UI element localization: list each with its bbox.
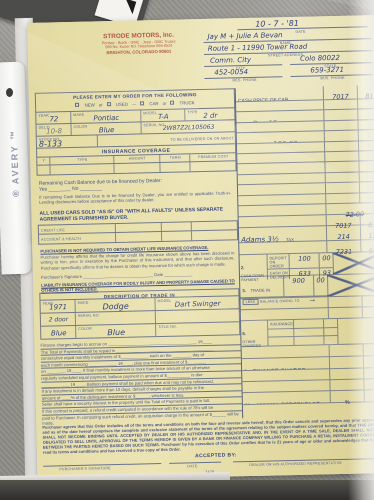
date-label: DATE [295, 30, 305, 34]
blank [323, 319, 337, 327]
trade-make-cell: MAKE Dodge [74, 298, 154, 312]
trade-in-row: 3. TRADE IN 900 00 LESS BALANCE OWING TO… [240, 274, 374, 299]
cash-price-of-car-label-cell: CASH PRICE OF CAR [236, 86, 323, 101]
cl-blank-2 [161, 222, 191, 231]
other-charges-row: 6. OTHER CHARGES INSURANCE [241, 318, 374, 347]
r5-cents [362, 307, 374, 318]
ins-blank-4 [159, 162, 189, 172]
truck-checkbox [170, 100, 174, 104]
blank [358, 151, 374, 161]
blank [237, 142, 324, 153]
ins-blank-5 [189, 161, 235, 171]
bus-phone-label: BUS. PHONE [320, 76, 344, 81]
cash-price-of-car-dollars: 7017 [323, 86, 357, 100]
dark-background-strip [0, 480, 374, 500]
purchase-order-form: STRODE MOTORS, Inc. Pontiac - Buick - GM… [27, 15, 374, 481]
res-phone-label: RES. PHONE [232, 78, 256, 83]
blank [357, 120, 374, 130]
trade-serial-cell: SERIAL NO. [75, 311, 155, 325]
footer-paragraph: Purchaser agrees that this Order include… [42, 417, 374, 455]
stock-value: 8-133 [39, 138, 96, 147]
used-checkbox [107, 102, 111, 106]
blank [359, 192, 374, 202]
blank [358, 130, 374, 140]
photo-of-document: ® AVERY ™ STRODE MOTORS, Inc. Pontiac - … [0, 0, 374, 500]
r1-label-cell: 1. TOTAL CASH PRICE DELIVERED [239, 241, 326, 254]
cash-price-dollars: 7017 [326, 214, 360, 225]
ins-blank-3 [113, 163, 159, 173]
street-label: STREET ADDRESS [268, 53, 303, 58]
cash-price-cents: 81 [360, 214, 374, 225]
dealer-header: STRODE MOTORS, Inc. Pontiac - Buick - GM… [73, 31, 203, 56]
blank [323, 100, 357, 110]
trade-in-value-row: 3. TRADE IN 900 00 [240, 275, 327, 298]
r10-dollars [329, 379, 363, 390]
blank: Dec 15 [236, 111, 323, 122]
blank [324, 151, 358, 161]
trade-row2-blank [155, 309, 239, 323]
r8-label-cell: 8. FINANCE CHARGE [242, 357, 329, 370]
blank [325, 183, 359, 193]
blank [358, 161, 374, 171]
vehicle-year-cell: YEAR 72 [36, 112, 70, 124]
or-label-1: or [99, 102, 103, 107]
deposit-on-order-row: DEPOSIT ON ORDER 100 00 [266, 253, 333, 270]
trade-color-cell: COLOR Blue [75, 324, 155, 338]
bus-phone: 659-3271 [310, 66, 344, 75]
truck-label: TRUCK [179, 100, 194, 105]
blank [323, 110, 357, 120]
ins-blank-2 [49, 164, 113, 174]
truth-in-lending-text: If remaining Cash Balance Due is to be f… [39, 190, 231, 205]
insurance-heading: INSURANCE COVERAGE [102, 147, 171, 155]
customer-state: Colo 80022 [300, 54, 340, 63]
blank [358, 141, 374, 151]
r3-left: 3. TRADE IN 900 00 LESS BALANCE OWING TO… [240, 275, 327, 298]
vehicle-color-cell: COLOR Blue [70, 122, 140, 135]
deliver-note: TO BE DELIVERED ON OR ABOUT [100, 136, 234, 143]
ins-col-term: TERM [159, 154, 189, 162]
new-checkbox [75, 102, 79, 106]
ins-col-premium: PREMIUM COST [189, 153, 235, 161]
terms-fine-print: Finance charges begin to accrue on _____… [40, 338, 242, 425]
ah-blank-1 [115, 232, 161, 242]
cash-price-label-cell: CASH PRICE [239, 215, 326, 227]
dealer-rep-label: DEALER OR HIS AUTHORIZED REPRESENTATIVE [249, 461, 342, 467]
blank [237, 163, 324, 174]
cash-price-of-car-cents: 81 [357, 85, 374, 99]
car-checkbox [140, 101, 144, 105]
blank [357, 109, 374, 119]
new-label: NEW [84, 102, 94, 107]
purchaser-sig-label: PURCHASER'S SIGNATURE [59, 466, 111, 471]
r6-label-cell: 6. OTHER CHARGES [241, 321, 267, 347]
r9-dollars [329, 368, 363, 379]
r8-cents [363, 356, 374, 368]
r7-dollars [329, 344, 363, 356]
yes-no-blanks: Yes ________ No ________ [39, 185, 102, 192]
trade-body-value: 2 door [43, 316, 74, 324]
blank [268, 329, 293, 337]
r10-cents [363, 379, 374, 390]
charges-column: CASH PRICE OF CAR 7017 81 Dec 15 185.60 … [235, 85, 374, 418]
car-label: CAR [149, 101, 158, 106]
blank [359, 182, 374, 192]
r6-right-blank [337, 318, 374, 344]
r9-label-cell: 9. TOTAL OF PAYMENTS (7 + 8) [242, 369, 329, 381]
r2-sub-rows: DEPOSIT ON ORDER 100 00 CASH ON DELIVERY… [266, 253, 333, 276]
r11-label-cell: 11. ANNUAL PERCENTAGE RATE [243, 391, 330, 404]
deld-value: 10-8 [39, 127, 70, 136]
ins-col-y: Y [37, 158, 49, 165]
blank [293, 319, 323, 327]
ah-blank-3 [191, 230, 237, 240]
other-charge-blank-row [267, 336, 337, 345]
ins-col-amount: AMOUNT [113, 155, 159, 163]
vehicle-deld-cell: DEL'D 10-8 [36, 124, 70, 136]
cl-blank-1 [115, 223, 161, 232]
r2-crossed-cell [333, 252, 374, 274]
blank [357, 99, 374, 109]
r5-label-cell: 5. UNPAID BALANCE OF CASH PRICE (1 − 4) [241, 308, 328, 320]
r5-dollars [328, 307, 362, 318]
r4-label-cell: 4. TOTAL DOWN PAYMENT (2 + 3) [240, 297, 327, 309]
blank [324, 131, 358, 141]
r11-blank [364, 390, 374, 402]
customer-city: Comm. City [210, 56, 251, 65]
blank [293, 337, 323, 345]
accepted-by: ACCEPTED BY: [195, 452, 237, 459]
tax-label-cell: Adams 3½ TAX TITLE REGISTRATION [239, 226, 326, 242]
blank [238, 183, 325, 194]
blank [323, 336, 337, 344]
blank [324, 162, 358, 172]
ah-blank-2 [161, 231, 191, 241]
blank [293, 328, 323, 336]
cl-blank-3 [191, 221, 237, 230]
apr-row: 11. ANNUAL PERCENTAGE RATE % [243, 390, 374, 405]
r8-dollars [329, 356, 363, 368]
trade-title-cell: TITLE NO. [155, 322, 239, 336]
blank [237, 152, 324, 163]
vehicle-make-cell: MAKE Pontiac [70, 110, 140, 123]
avery-label: ® AVERY ™ [8, 108, 22, 218]
trade-make-value: Dodge [78, 301, 154, 312]
date-label-footer: DATE [187, 464, 197, 468]
r7-cents [363, 344, 374, 356]
blank [268, 337, 293, 345]
r2-label-cell: 2. CASH DOWN PAYMENT [240, 255, 267, 277]
r4-cents [361, 296, 374, 307]
r6-sub-rows: INSURANCE [267, 319, 338, 346]
res-phone: 452-0054 [214, 68, 248, 77]
tax-dollars: 214 [326, 225, 360, 240]
vehicle-serial-cell: SERIAL NO. 2W87Z2L105063 [140, 120, 234, 133]
blank [237, 121, 324, 132]
r9-cents [363, 368, 374, 379]
vehicle-model-cell: MODEL T-A [140, 109, 184, 121]
r1-dollars: 7231 [326, 240, 360, 252]
trade-model-cell: MODEL Dart Swinger [154, 296, 238, 310]
tax-handwritten: Adams 3½ [241, 235, 279, 242]
dark-speck [6, 88, 13, 97]
blank [238, 173, 325, 184]
ins-col-type: TYPE [49, 156, 113, 164]
vehicle-type-cell: TYPE 2 dr [184, 108, 234, 120]
blank [359, 172, 374, 182]
r11-percent: % [330, 390, 364, 402]
credit-notice-body: Purchaser hereby affirms that the charge… [40, 250, 234, 270]
blank [324, 141, 358, 151]
ins-blank-1 [37, 165, 49, 174]
r7-label-cell: 7. UNPAID BALANCE (AMOUNT FINANCED) (5 +… [242, 345, 329, 358]
blank [323, 328, 337, 336]
r3-crossed-cell [327, 274, 374, 296]
r4-dollars [327, 296, 361, 307]
blank [325, 172, 359, 182]
vehicle-stock-cell: STOCK NO. 8-133 [37, 135, 97, 147]
used-label: USED [116, 101, 128, 106]
trade-year-cell: YEAR 1971 [40, 300, 74, 313]
d-and-h-label-cell: D AND H [238, 204, 325, 216]
blank [323, 120, 357, 130]
blank [238, 194, 325, 205]
d-and-h-value: 72 00 [325, 203, 374, 214]
blank [236, 100, 323, 111]
dash: — [132, 101, 137, 106]
blank: 185.60 [237, 131, 324, 142]
tax-cents: 12 [360, 225, 374, 240]
r10-label-cell: 10. DEFERRED PAYMENT PRICE (1+6+8) [242, 380, 329, 392]
cash-down-payment-row: 2. CASH DOWN PAYMENT DEPOSIT ON ORDER 10… [240, 252, 374, 277]
trade-body-cell: 2 door [41, 313, 75, 326]
r3-label-cell: 3. TRADE IN [240, 276, 283, 297]
triangle-logo-icon [122, 0, 136, 14]
trade-color-hw-cell: Blue [41, 326, 75, 339]
or-label-2: or [162, 100, 166, 105]
trade-color-hw: Blue [43, 329, 74, 338]
accident-health-cell: ACCIDENT & HEALTH [39, 233, 115, 244]
r1-cents: 93 [360, 240, 374, 252]
blank [325, 193, 359, 203]
